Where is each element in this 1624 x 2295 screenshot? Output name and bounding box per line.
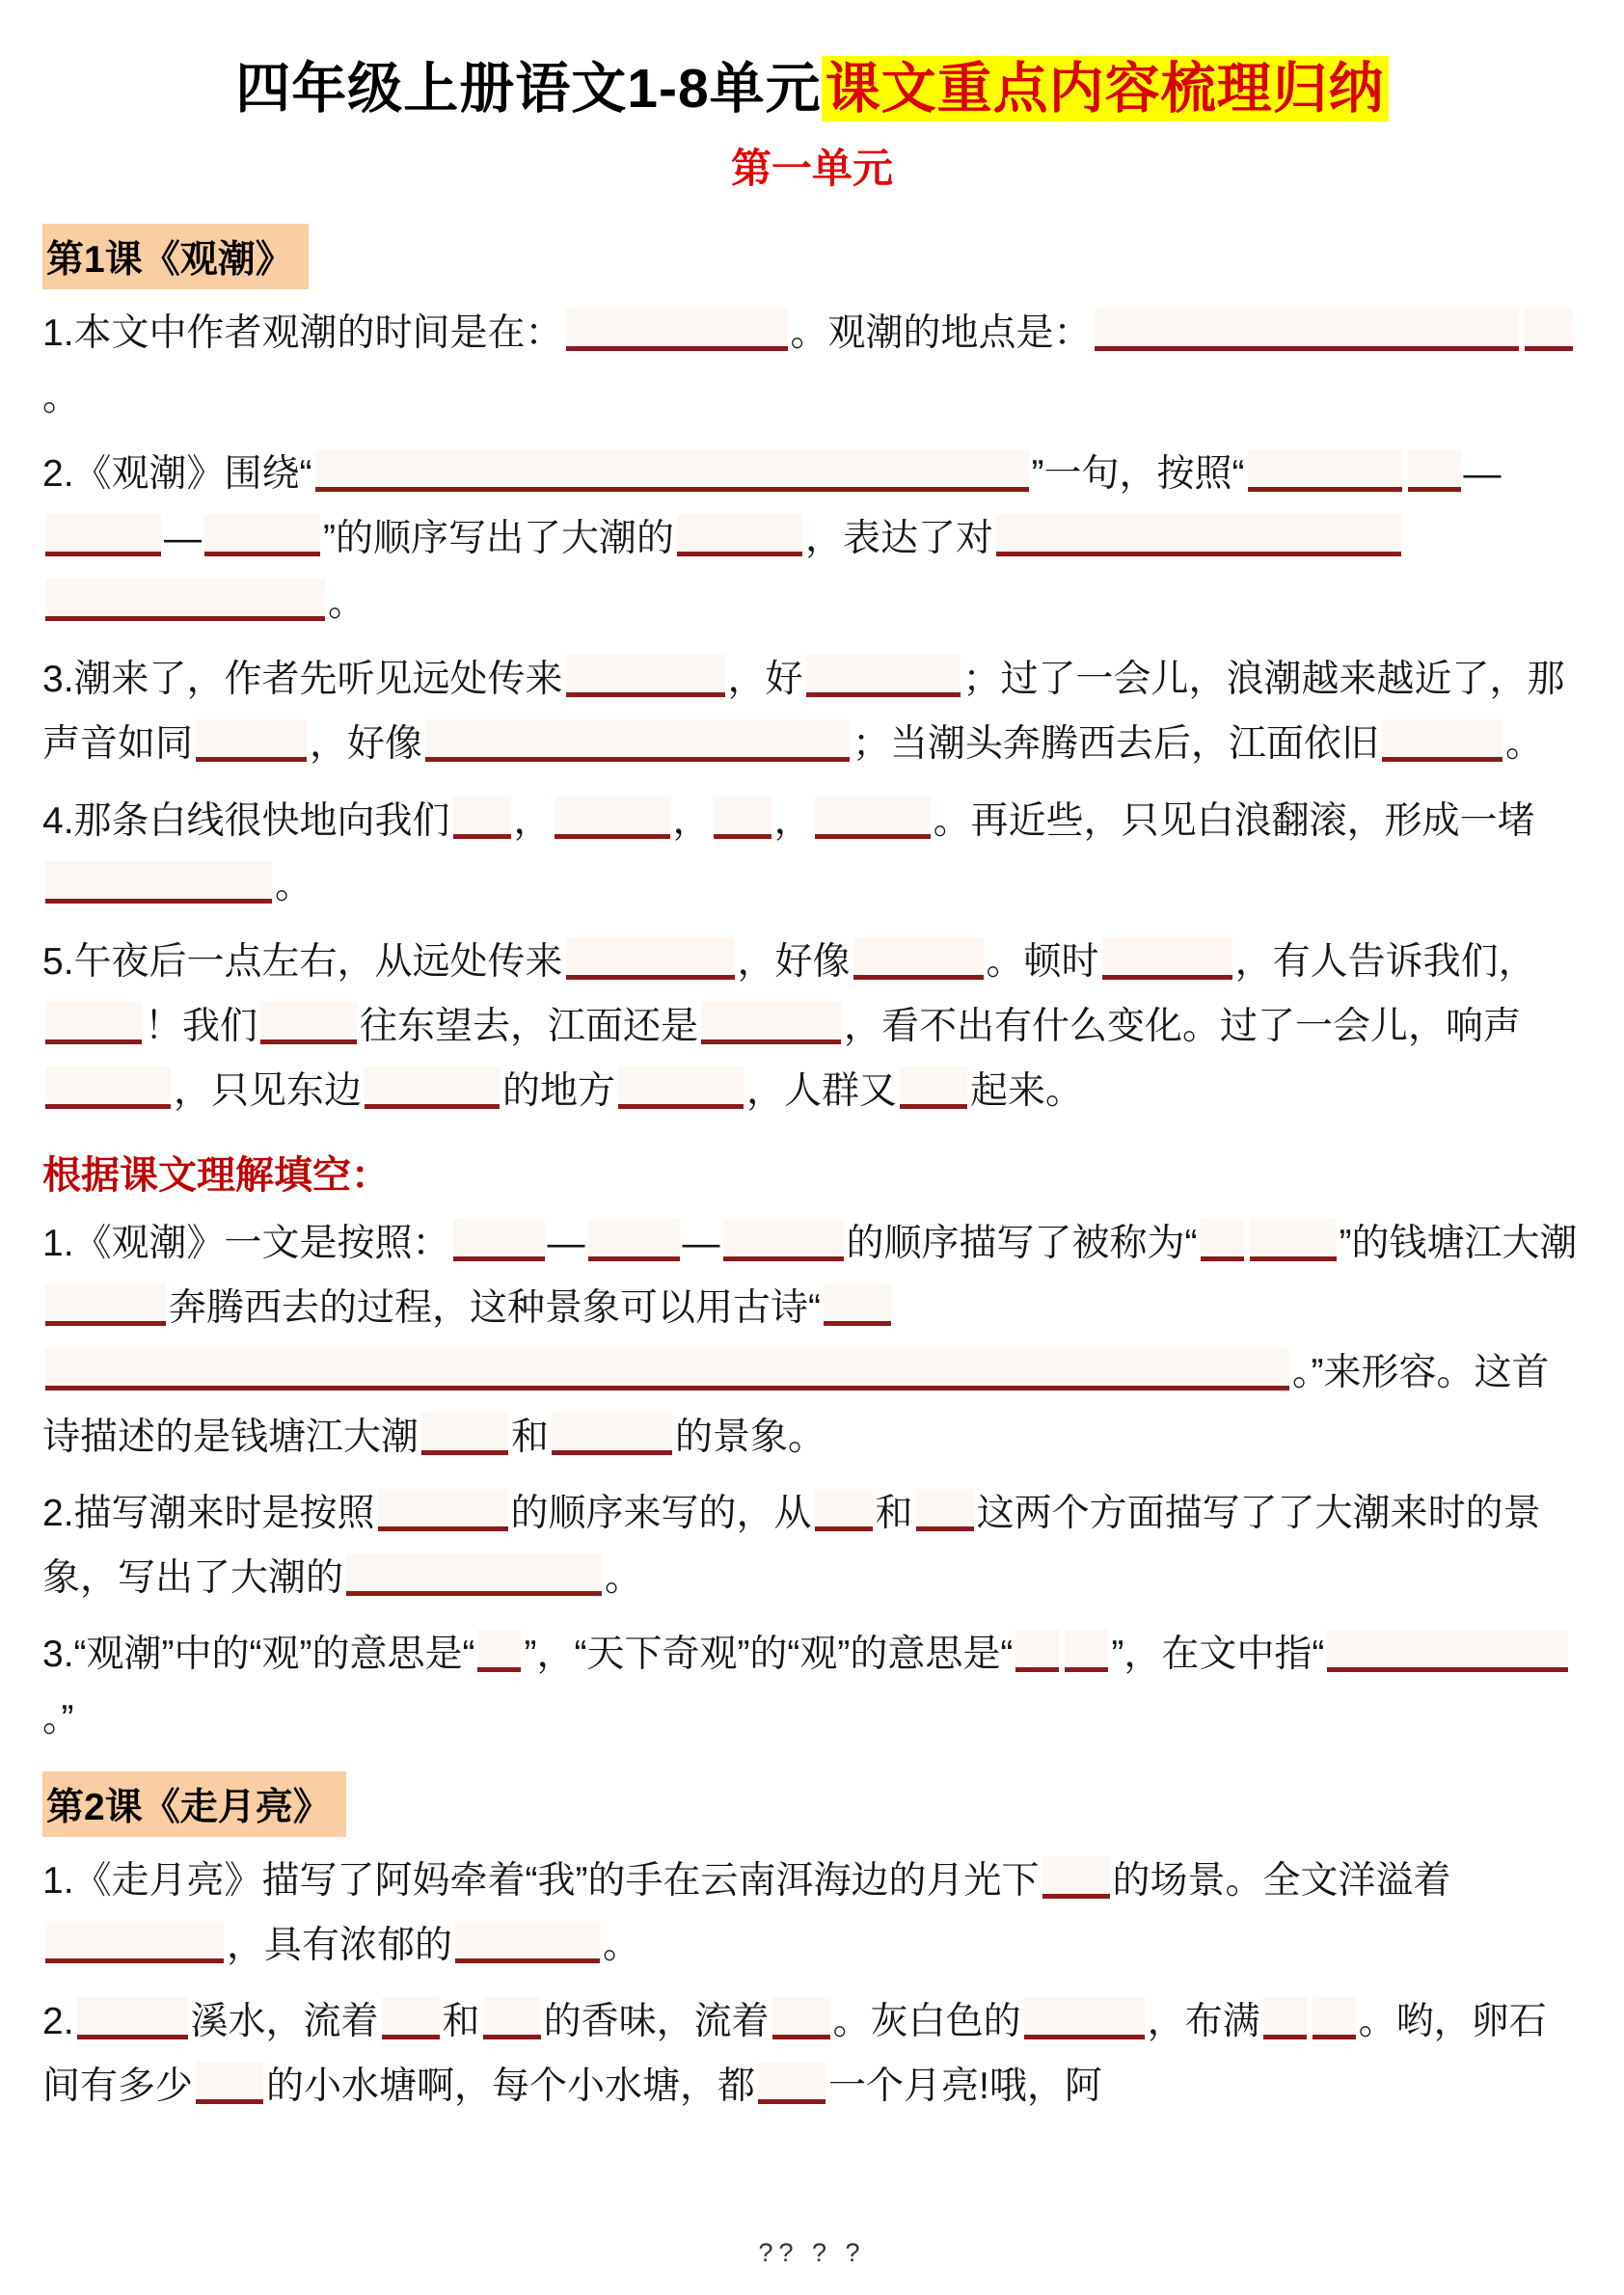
answer-blank xyxy=(45,514,161,556)
question-text: 。 xyxy=(605,1557,642,1599)
question-text: 2. xyxy=(42,2001,74,2042)
answer-blank xyxy=(618,1066,744,1109)
answer-blank xyxy=(566,655,725,697)
question-text: ，只见东边 xyxy=(174,1070,362,1112)
answer-blank xyxy=(453,1219,545,1261)
question-text: 的地方 xyxy=(502,1070,615,1112)
question-text: 。 xyxy=(42,377,80,418)
answer-blank xyxy=(1327,1630,1568,1672)
question-paragraph: 4.那条白线很快地向我们，，，。再近些，只见白浪翻滚，形成一堵。 xyxy=(42,789,1582,918)
question-text: 1.本文中作者观潮的时间是在： xyxy=(42,312,563,354)
question-text: ；当潮头奔腾西去后，江面依旧 xyxy=(853,723,1379,765)
lesson-title: 第2课《走月亮》 xyxy=(42,1771,346,1837)
question-text: 5.午夜后一点左右，从远处传来 xyxy=(42,941,563,983)
page-title-highlighted: 课文重点内容梳理归纳 xyxy=(822,56,1389,121)
answer-blank xyxy=(421,1413,508,1455)
question-text: 1.《观潮》一文是按照： xyxy=(42,1223,450,1264)
question-text: ， xyxy=(673,800,711,842)
answer-blank xyxy=(555,796,670,839)
answer-blank xyxy=(566,309,788,351)
answer-blank xyxy=(758,2062,826,2104)
page-footer: ?? ? ? xyxy=(42,2238,1582,2276)
question-text: ”的顺序写出了大潮的 xyxy=(323,518,674,559)
answer-blank xyxy=(566,937,735,980)
answer-blank xyxy=(315,449,1029,492)
question-text: 奔腾西去的过程，这种景象可以用古诗“ xyxy=(169,1287,821,1329)
instruction-heading: 根据课文理解填空： xyxy=(42,1154,390,1197)
answer-blank xyxy=(1015,1630,1059,1672)
answer-blank xyxy=(1263,1997,1307,2039)
answer-blank xyxy=(714,796,771,839)
question-paragraph: 5.午夜后一点左右，从远处传来，好像。顿时，有人告诉我们，！我们往东望去，江面还… xyxy=(42,930,1582,1123)
page-title-black: 四年级上册语文1-8单元 xyxy=(235,58,821,120)
answer-blank xyxy=(853,937,984,980)
answer-blank xyxy=(45,861,272,904)
question-text: 起来。 xyxy=(970,1070,1083,1112)
question-text: 的顺序来写的，从 xyxy=(511,1493,812,1534)
question-text: 。 xyxy=(603,1925,640,1966)
question-text: ，具有浓郁的 xyxy=(227,1925,452,1966)
question-paragraph: 2.《观潮》围绕“”一句，按照“——”的顺序写出了大潮的，表达了对。 xyxy=(42,442,1582,635)
answer-blank xyxy=(45,579,325,621)
question-text: 。顿时 xyxy=(987,941,1099,983)
answer-blank xyxy=(455,1921,600,1963)
question-text: 2.《观潮》围绕“ xyxy=(42,453,312,495)
unit-subtitle: 第一单元 xyxy=(42,137,1582,195)
question-text: ，表达了对 xyxy=(805,518,993,559)
question-text: ”一句，按照“ xyxy=(1032,453,1245,495)
answer-blank xyxy=(1201,1219,1244,1261)
question-text: 和 xyxy=(876,1493,913,1534)
worksheet-body: 第1课《观潮》1.本文中作者观潮的时间是在：。观潮的地点是：。2.《观潮》围绕“… xyxy=(42,204,1582,2238)
answer-blank xyxy=(1024,1997,1145,2039)
answer-blank xyxy=(701,1002,841,1044)
question-text: 的香味，流着 xyxy=(544,2001,770,2042)
question-text: ”，“天下奇观”的“观”的意思是“ xyxy=(524,1633,1013,1675)
lesson-title: 第1课《观潮》 xyxy=(42,224,309,289)
question-text: — xyxy=(683,1223,720,1264)
answer-blank xyxy=(45,1283,166,1326)
question-paragraph: 3.“观潮”中的“观”的意思是“”，“天下奇观”的“观”的意思是“”，在文中指“… xyxy=(42,1622,1582,1751)
question-paragraph: 1.本文中作者观潮的时间是在：。观潮的地点是：。 xyxy=(42,301,1582,430)
question-text: 。 xyxy=(1505,723,1543,765)
answer-blank xyxy=(378,1489,508,1531)
question-text: ，布满 xyxy=(1148,2001,1260,2042)
answer-blank xyxy=(1065,1630,1108,1672)
answer-blank xyxy=(45,1921,224,1963)
page-title: 四年级上册语文1-8单元课文重点内容梳理归纳 xyxy=(42,44,1582,123)
question-text: — xyxy=(164,518,202,559)
question-text: ，人群又 xyxy=(746,1070,897,1112)
question-text: 。” xyxy=(42,1698,74,1740)
question-text: — xyxy=(548,1223,585,1264)
answer-blank xyxy=(1313,1997,1356,2039)
worksheet-page: 四年级上册语文1-8单元课文重点内容梳理归纳 第一单元 第1课《观潮》1.本文中… xyxy=(0,0,1624,2295)
question-text: ”，在文中指“ xyxy=(1111,1633,1324,1675)
question-text: ， xyxy=(774,800,812,842)
answer-blank xyxy=(1408,449,1461,492)
question-text: 3.“观潮”中的“观”的意思是“ xyxy=(42,1633,474,1675)
question-text: 的景象。 xyxy=(675,1417,826,1458)
question-text: 。再近些，只见白浪翻滚，形成一堵 xyxy=(934,800,1535,842)
question-text: ，好像 xyxy=(310,723,422,765)
question-text: 4.那条白线很快地向我们 xyxy=(42,800,450,842)
answer-blank xyxy=(1102,937,1232,980)
answer-blank xyxy=(1248,449,1402,492)
question-text: 1.《走月亮》描写了阿妈牵着“我”的手在云南洱海边的月光下 xyxy=(42,1860,1040,1902)
answer-blank xyxy=(483,1997,541,2039)
answer-blank xyxy=(996,514,1401,556)
question-text: ，看不出有什么变化。过了一会儿，响声 xyxy=(844,1006,1521,1047)
answer-blank xyxy=(45,1066,171,1109)
answer-blank xyxy=(382,1997,440,2039)
question-text: 溪水，流着 xyxy=(191,2001,379,2042)
question-text: 往东望去，江面还是 xyxy=(360,1006,698,1047)
answer-blank xyxy=(916,1489,974,1531)
answer-blank xyxy=(477,1630,521,1672)
question-text: 。 xyxy=(328,582,365,624)
answer-blank xyxy=(588,1219,680,1261)
question-text: ，有人告诉我们， xyxy=(1235,941,1536,983)
question-text: ，好像 xyxy=(738,941,851,983)
question-paragraph: 1.《观潮》一文是按照：——的顺序描写了被称为“”的钱塘江大潮奔腾西去的过程，这… xyxy=(42,1211,1582,1470)
question-text: 。 xyxy=(275,865,312,906)
answer-blank xyxy=(196,719,307,762)
question-paragraph: 1.《走月亮》描写了阿妈牵着“我”的手在云南洱海边的月光下的场景。全文洋溢着，具… xyxy=(42,1849,1582,1978)
question-text: 的小水塘啊，每个小水塘，都 xyxy=(266,2065,755,2107)
answer-blank xyxy=(900,1066,967,1109)
answer-blank xyxy=(1382,719,1502,762)
answer-blank xyxy=(824,1283,891,1326)
answer-blank xyxy=(1525,309,1573,351)
answer-blank xyxy=(1250,1219,1337,1261)
question-text: 的顺序描写了被称为“ xyxy=(847,1223,1198,1264)
answer-blank xyxy=(772,1997,830,2039)
question-text: ， xyxy=(514,800,552,842)
question-text: 2.描写潮来时是按照 xyxy=(42,1493,375,1534)
answer-blank xyxy=(1042,1856,1110,1899)
answer-blank xyxy=(260,1002,357,1044)
question-text: ”的钱塘江大潮 xyxy=(1340,1223,1578,1264)
answer-blank xyxy=(1095,309,1519,351)
question-paragraph: 3.潮来了，作者先听见远处传来，好；过了一会儿，浪潮越来越近了，那声音如同，好像… xyxy=(42,647,1582,776)
question-text: ，好 xyxy=(728,659,803,700)
answer-blank xyxy=(723,1219,844,1261)
answer-blank xyxy=(45,1348,1289,1390)
question-text: 3.潮来了，作者先听见远处传来 xyxy=(42,659,563,700)
answer-blank xyxy=(346,1553,602,1596)
question-text: 的场景。全文洋溢着 xyxy=(1113,1860,1451,1902)
answer-blank xyxy=(815,796,931,839)
question-paragraph: 2.溪水，流着和的香味，流着。灰白色的，布满。哟，卵石间有多少的小水塘啊，每个小… xyxy=(42,1989,1582,2119)
answer-blank xyxy=(365,1066,500,1109)
answer-blank xyxy=(45,1002,142,1044)
answer-blank xyxy=(453,796,511,839)
answer-blank xyxy=(552,1413,672,1455)
question-text: 和 xyxy=(511,1417,549,1458)
question-text: — xyxy=(1464,453,1502,495)
question-text: 。灰白色的 xyxy=(833,2001,1021,2042)
answer-blank xyxy=(196,2062,263,2104)
question-text: ！我们 xyxy=(145,1006,257,1047)
answer-blank xyxy=(425,719,850,762)
question-text: 。观潮的地点是： xyxy=(791,312,1092,354)
answer-blank xyxy=(806,655,961,697)
answer-blank xyxy=(677,514,802,556)
question-text: 一个月亮!哦，阿 xyxy=(828,2065,1102,2107)
answer-blank xyxy=(815,1489,873,1531)
question-text: 和 xyxy=(443,2001,480,2042)
answer-blank xyxy=(204,514,320,556)
question-paragraph: 2.描写潮来时是按照的顺序来写的，从和这两个方面描写了了大潮来时的景象，写出了大… xyxy=(42,1481,1582,1610)
answer-blank xyxy=(77,1997,188,2039)
